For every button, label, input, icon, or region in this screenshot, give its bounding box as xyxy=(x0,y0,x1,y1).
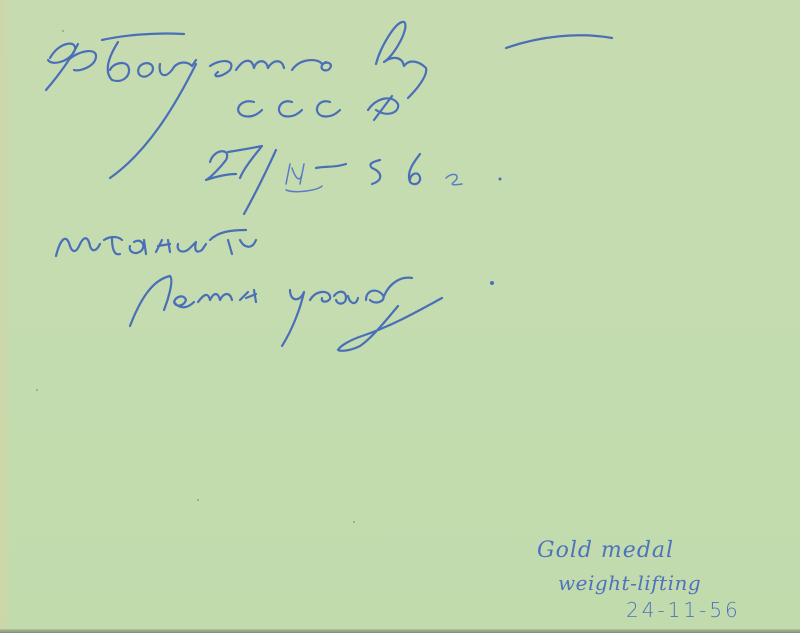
annotation-gold-medal: Gold medal xyxy=(537,538,674,563)
signature-ink xyxy=(0,0,800,633)
annotation-weight-lifting: weight-lifting xyxy=(558,571,701,595)
annotation-date: 24-11-56 xyxy=(626,598,741,622)
autograph-page: Ф. Богданов СССР 27/XI-56 г. станция Лен… xyxy=(0,0,800,633)
